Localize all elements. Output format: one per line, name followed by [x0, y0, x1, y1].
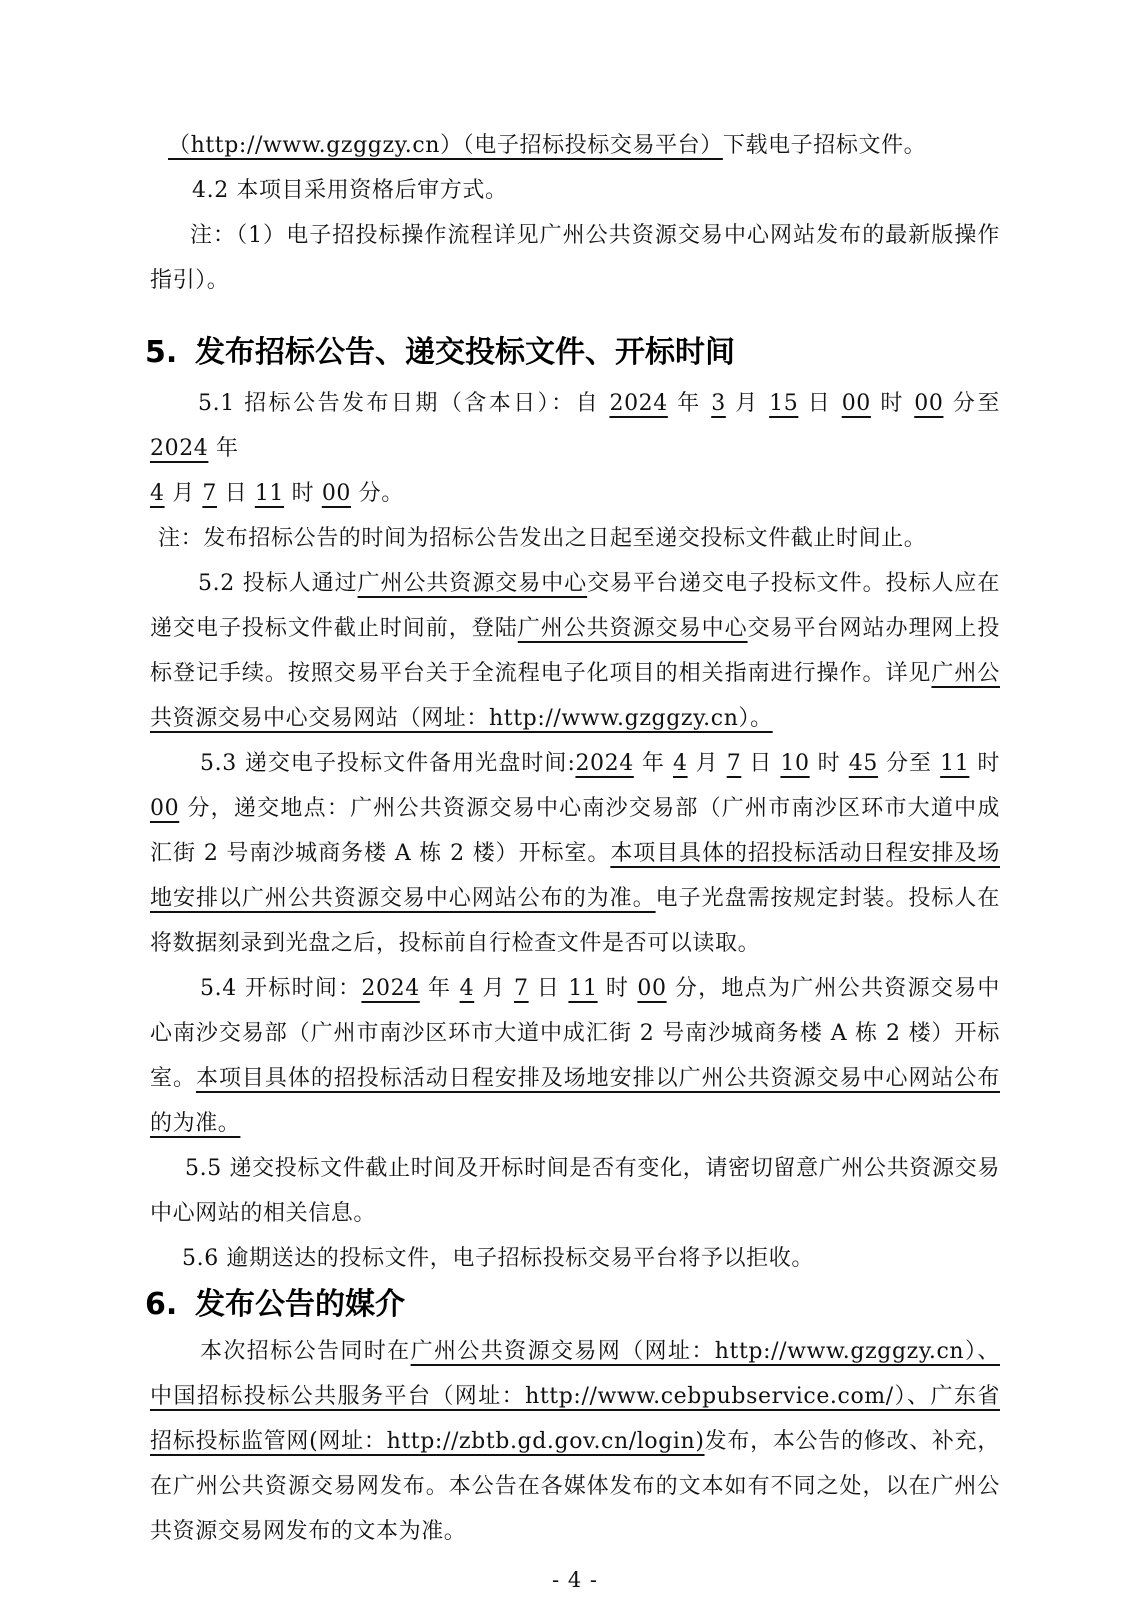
text-run: 本次招标公告同时在: [200, 1339, 411, 1364]
clause-4-2: 4.2 本项目采用资格后审方式。: [150, 168, 1000, 213]
underlined-text: 00: [637, 976, 666, 1001]
underlined-text: 45: [849, 751, 878, 776]
text-run: 5.2 投标人通过: [198, 571, 358, 596]
section-6-title: 发布公告的媒介: [195, 1287, 405, 1322]
text-run: 月: [165, 481, 203, 506]
clause-5-1: 5.1 招标公告发布日期（含本日）：自 2024 年 3 月 15 日 00 时…: [150, 381, 1000, 516]
underlined-text: 11: [568, 976, 597, 1001]
document-page: （http://www.gzggzy.cn）（电子招标投标交易平台）下载电子招标…: [0, 0, 1131, 1600]
page-number: - 4 -: [150, 1560, 1000, 1600]
clause-5-4: 5.4 开标时间：2024 年 4 月 7 日 11 时 00 分，地点为广州公…: [150, 966, 1000, 1146]
media-paragraph: 本次招标公告同时在广州公共资源交易网（网址：http://www.gzggzy.…: [150, 1329, 1000, 1554]
text-run: 5.5 递交投标文件截止时间及开标时间是否有变化，请密切留意广州公共资源交易中心…: [150, 1156, 1000, 1226]
text-run: 月: [688, 751, 727, 776]
underlined-text: 00: [842, 391, 871, 416]
text-run: 日: [798, 391, 841, 416]
underlined-text: 00: [914, 391, 943, 416]
underlined-text: 00: [322, 481, 351, 506]
text-run: 时: [871, 391, 914, 416]
text-run: 分至: [943, 391, 1000, 416]
underlined-text: 4: [460, 976, 475, 1001]
underlined-text: 广州公共资源交易中心: [518, 616, 748, 641]
clause-5-2: 5.2 投标人通过广州公共资源交易中心交易平台递交电子投标文件。投标人应在递交电…: [150, 561, 1000, 741]
underlined-text: 10: [780, 751, 809, 776]
text-run: 5.3 递交电子投标文件备用光盘时间:: [200, 751, 575, 776]
underlined-text: 00: [150, 796, 179, 821]
underlined-text: （http://www.gzggzy.cn）（电子招标投标交易平台）: [168, 133, 723, 158]
text-run: 注：发布招标公告的时间为招标公告发出之日起至递交投标文件截止时间止。: [158, 526, 926, 551]
text-run: 年: [634, 751, 673, 776]
text-run: 日: [529, 976, 569, 1001]
text-run: 5.1 招标公告发布日期（含本日）：自: [198, 391, 609, 416]
text-run: 年: [208, 436, 238, 461]
text-run: 4.2 本项目采用资格后审方式。: [192, 178, 508, 203]
text-run: 分至: [878, 751, 940, 776]
text-run: 月: [474, 976, 514, 1001]
text-run: 时: [598, 976, 638, 1001]
text-run: 下载电子招标文件。: [723, 133, 926, 158]
text-run: 5.6 逾期送达的投标文件，电子招标投标交易平台将予以拒收。: [182, 1246, 814, 1271]
text-run: 时: [969, 751, 1000, 776]
text-run: 日: [741, 751, 780, 776]
underlined-text: 11: [255, 481, 284, 506]
clause-5-5: 5.5 递交投标文件截止时间及开标时间是否有变化，请密切留意广州公共资源交易中心…: [150, 1146, 1000, 1236]
underlined-text: 15: [769, 391, 798, 416]
section-6-heading: 6.发布公告的媒介: [145, 1281, 1000, 1329]
underlined-text: 11: [940, 751, 969, 776]
clause-5-6: 5.6 逾期送达的投标文件，电子招标投标交易平台将予以拒收。: [150, 1236, 1000, 1281]
text-run: 日: [217, 481, 255, 506]
text-run: 年: [420, 976, 460, 1001]
page-content: （http://www.gzggzy.cn）（电子招标投标交易平台）下载电子招标…: [150, 123, 1000, 1600]
text-run: 时: [284, 481, 322, 506]
note-1: 注：（1）电子招投标操作流程详见广州公共资源交易中心网站发布的最新版操作指引）。: [150, 213, 1000, 303]
underlined-text: 4: [150, 481, 165, 506]
underlined-text: 本项目具体的招投标活动日程安排及场地安排以广州公共资源交易中心网站公布的为准。: [150, 1066, 1000, 1136]
underlined-text: 2024: [361, 976, 419, 1001]
text-run: 分。: [351, 481, 404, 506]
paragraph-download-link: （http://www.gzggzy.cn）（电子招标投标交易平台）下载电子招标…: [150, 123, 1000, 168]
clause-5-3: 5.3 递交电子投标文件备用光盘时间:2024 年 4 月 7 日 10 时 4…: [150, 741, 1000, 966]
section-5-heading: 5.发布招标公告、递交投标文件、开标时间: [145, 325, 1000, 381]
text-run: 注：（1）电子招投标操作流程详见广州公共资源交易中心网站发布的最新版操作指引）。: [150, 223, 1000, 293]
underlined-text: 4: [673, 751, 688, 776]
underlined-text: 7: [514, 976, 529, 1001]
note-5-1: 注：发布招标公告的时间为招标公告发出之日起至递交投标文件截止时间止。: [150, 516, 1000, 561]
underlined-text: 7: [727, 751, 742, 776]
underlined-text: 3: [711, 391, 726, 416]
text-run: 年: [668, 391, 711, 416]
section-5-number: 5.: [145, 325, 195, 381]
section-5-title: 发布招标公告、递交投标文件、开标时间: [195, 335, 735, 370]
underlined-text: 2024: [150, 436, 208, 461]
section-6-number: 6.: [145, 1281, 195, 1329]
text-run: 5.4 开标时间：: [200, 976, 361, 1001]
underlined-text: 广州公共资源交易中心: [358, 571, 588, 596]
underlined-text: 7: [202, 481, 217, 506]
text-run: 时: [810, 751, 849, 776]
text-run: 月: [726, 391, 769, 416]
underlined-text: 2024: [575, 751, 633, 776]
underlined-text: 2024: [609, 391, 667, 416]
